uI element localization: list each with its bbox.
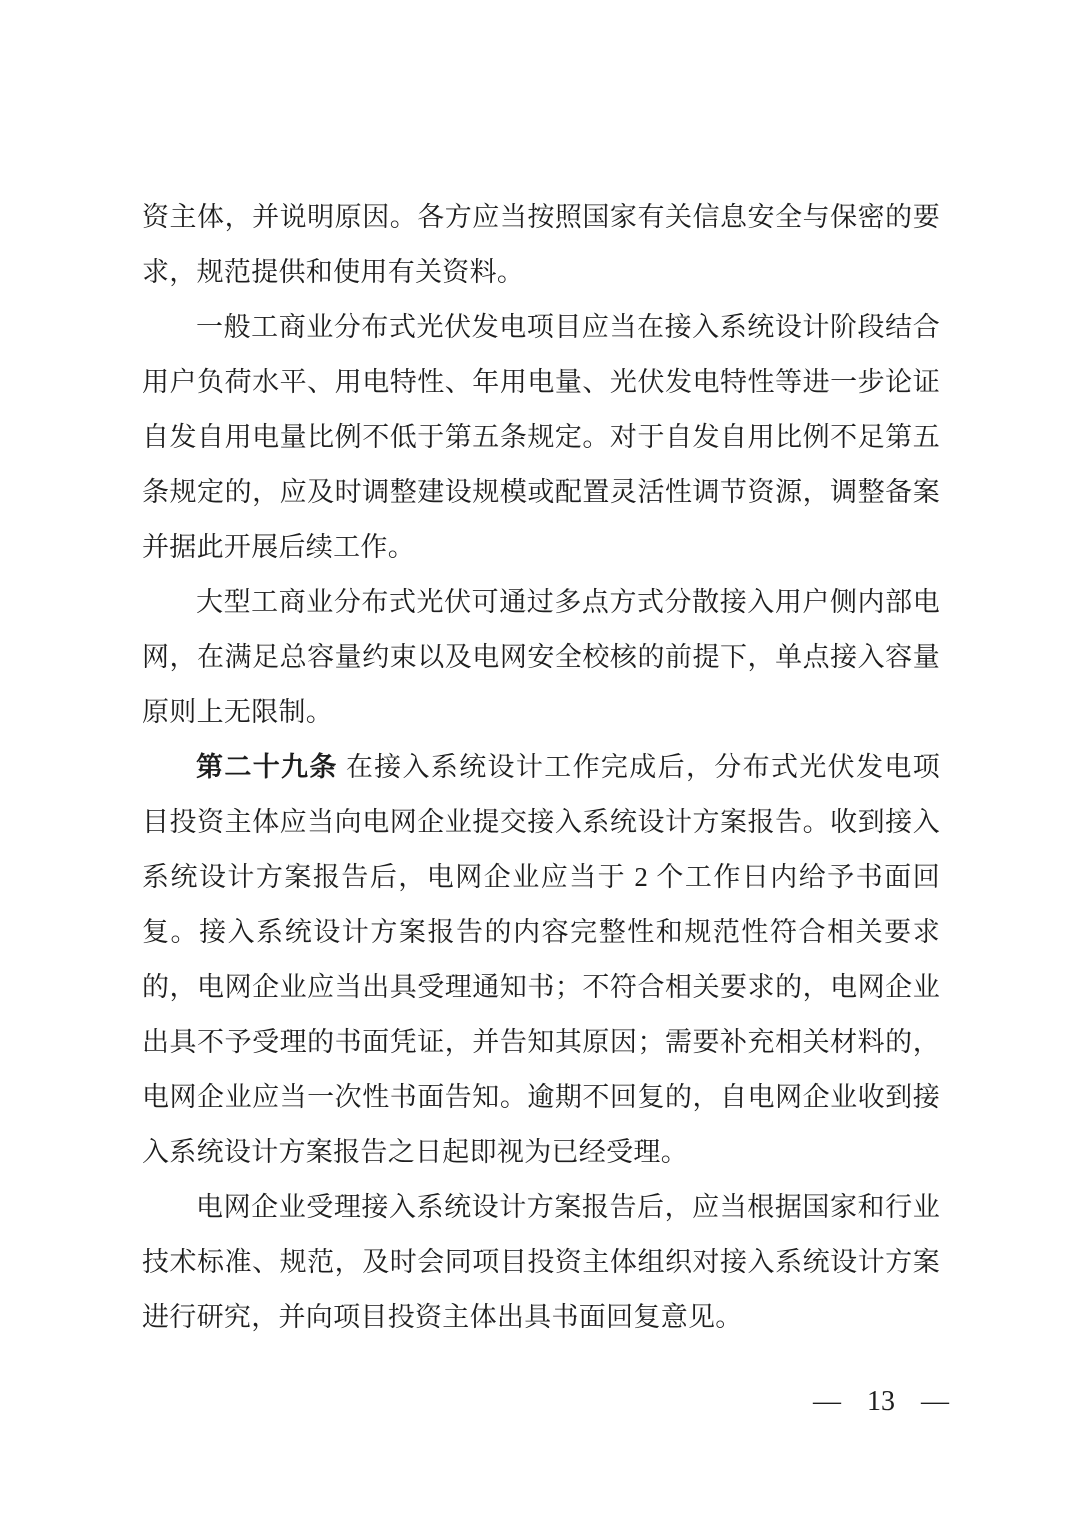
- paragraph: 大型工商业分布式光伏可通过多点方式分散接入用户侧内部电网，在满足总容量约束以及电…: [142, 575, 940, 740]
- footer-dash-left: —: [813, 1385, 841, 1419]
- page-footer: — 13 —: [813, 1385, 949, 1419]
- document-page: 资主体，并说明原因。各方应当按照国家有关信息安全与保密的要求，规范提供和使用有关…: [0, 0, 1080, 1527]
- paragraph: 一般工商业分布式光伏发电项目应当在接入系统设计阶段结合用户负荷水平、用电特性、年…: [142, 300, 940, 575]
- footer-dash-right: —: [921, 1385, 949, 1419]
- article-number: 第二十九条: [196, 752, 338, 782]
- document-body: 资主体，并说明原因。各方应当按照国家有关信息安全与保密的要求，规范提供和使用有关…: [142, 190, 940, 1345]
- paragraph: 电网企业受理接入系统设计方案报告后，应当根据国家和行业技术标准、规范，及时会同项…: [142, 1180, 940, 1345]
- page-number: 13: [867, 1385, 895, 1419]
- paragraph: 第二十九条 在接入系统设计工作完成后，分布式光伏发电项目投资主体应当向电网企业提…: [142, 740, 940, 1180]
- paragraph: 资主体，并说明原因。各方应当按照国家有关信息安全与保密的要求，规范提供和使用有关…: [142, 190, 940, 300]
